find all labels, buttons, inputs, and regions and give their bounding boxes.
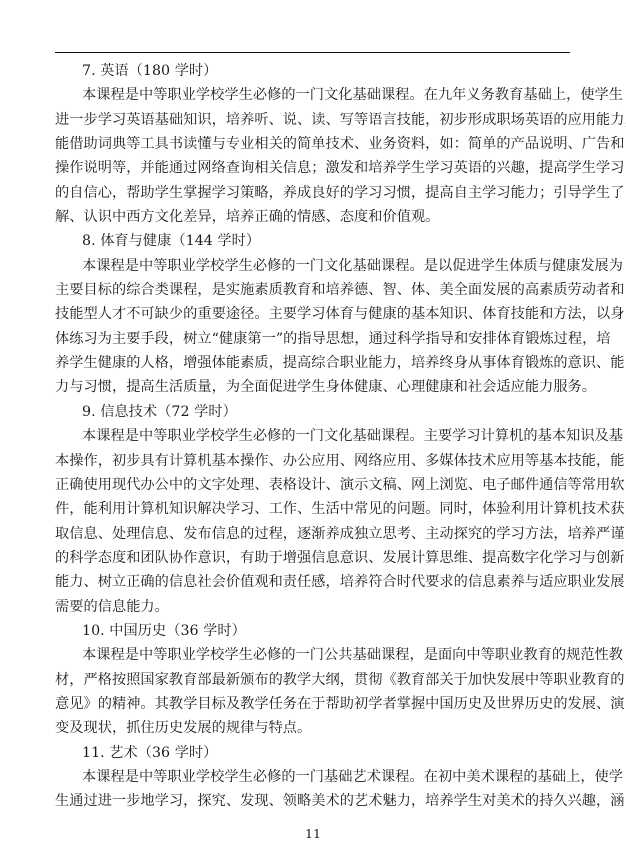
section-heading-art: 11. 艺术（36 学时）	[55, 741, 570, 765]
paragraph-line: 本课程是中等职业学校学生必修的一门公共基础课程，是面向中等职业教育的规范性教	[55, 643, 570, 667]
paragraph-line: 正确使用现代办公中的文字处理、表格设计、演示文稿、网上浏览、电子邮件通信等常用软	[55, 473, 570, 497]
paragraph-line: 本课程是中等职业学校学生必修的一门文化基础课程。在九年义务教育基础上，使学生	[55, 83, 570, 107]
document-body: 7. 英语（180 学时） 本课程是中等职业学校学生必修的一门文化基础课程。在九…	[55, 59, 570, 814]
paragraph-line: 主要目标的综合类课程，是实施素质教育和培养德、智、体、美全面发展的高素质劳动者和	[55, 278, 570, 302]
paragraph-line: 本操作，初步具有计算机基本操作、办公应用、网络应用、多媒体技术应用等基本技能，能	[55, 449, 570, 473]
paragraph-line: 解、认识中西方文化差异，培养正确的情感、态度和价值观。	[55, 205, 570, 229]
paragraph-line: 意见》的精神。其教学目标及教学任务在于帮助初学者掌握中国历史及世界历史的发展、演	[55, 692, 570, 716]
page-number: 11	[0, 826, 626, 841]
paragraph-line: 体练习为主要手段，树立“健康第一”的指导思想，通过科学指导和安排体育锻炼过程，培	[55, 327, 570, 351]
section-heading-info-tech: 9. 信息技术（72 学时）	[55, 400, 570, 424]
paragraph-line: 件，能利用计算机知识解决学习、工作、生活中常见的问题。同时，体验利用计算机技术获	[55, 497, 570, 521]
paragraph-line: 本课程是中等职业学校学生必修的一门基础艺术课程。在初中美术课程的基础上，使学	[55, 765, 570, 789]
paragraph-line: 进一步学习英语基础知识，培养听、说、读、写等语言技能，初步形成职场英语的应用能力…	[55, 108, 570, 132]
paragraph-line: 生通过进一步地学习，探究、发现、领略美术的艺术魅力，培养学生对美术的持久兴趣，涵	[55, 789, 570, 813]
paragraph-line: 能借助词典等工具书读懂与专业相关的简单技术、业务资料，如：简单的产品说明、广告和	[55, 132, 570, 156]
section-heading-english: 7. 英语（180 学时）	[55, 59, 570, 83]
paragraph-line: 需要的信息能力。	[55, 595, 570, 619]
paragraph-line: 技能型人才不可缺少的重要途径。主要学习体育与健康的基本知识、体育技能和方法，以身	[55, 302, 570, 326]
paragraph-line: 材，严格按照国家教育部最新颁布的教学大纲，贯彻《教育部关于加快发展中等职业教育的	[55, 668, 570, 692]
paragraph-line: 变及现状，抓住历史发展的规律与特点。	[55, 716, 570, 740]
paragraph-line: 养学生健康的人格，增强体能素质，提高综合职业能力，培养终身从事体育锻炼的意识、能	[55, 351, 570, 375]
paragraph-line: 取信息、处理信息、发布信息的过程，逐渐养成独立思考、主动探究的学习方法，培养严谨	[55, 522, 570, 546]
paragraph-line: 本课程是中等职业学校学生必修的一门文化基础课程。是以促进学生体质与健康发展为	[55, 254, 570, 278]
section-heading-pe-health: 8. 体育与健康（144 学时）	[55, 229, 570, 253]
paragraph-line: 能力、树立正确的信息社会价值观和责任感，培养符合时代要求的信息素养与适应职业发展	[55, 570, 570, 594]
header-rule	[55, 52, 570, 53]
paragraph-line: 力与习惯，提高生活质量，为全面促进学生身体健康、心理健康和社会适应能力服务。	[55, 375, 570, 399]
paragraph-line: 的自信心，帮助学生掌握学习策略，养成良好的学习习惯，提高自主学习能力；引导学生了	[55, 181, 570, 205]
paragraph-line: 操作说明等，并能通过网络查询相关信息；激发和培养学生学习英语的兴趣，提高学生学习	[55, 156, 570, 180]
section-heading-chinese-history: 10. 中国历史（36 学时）	[55, 619, 570, 643]
paragraph-line: 本课程是中等职业学校学生必修的一门文化基础课程。主要学习计算机的基本知识及基	[55, 424, 570, 448]
paragraph-line: 的科学态度和团队协作意识，有助于增强信息意识、发展计算思维、提高数字化学习与创新	[55, 546, 570, 570]
